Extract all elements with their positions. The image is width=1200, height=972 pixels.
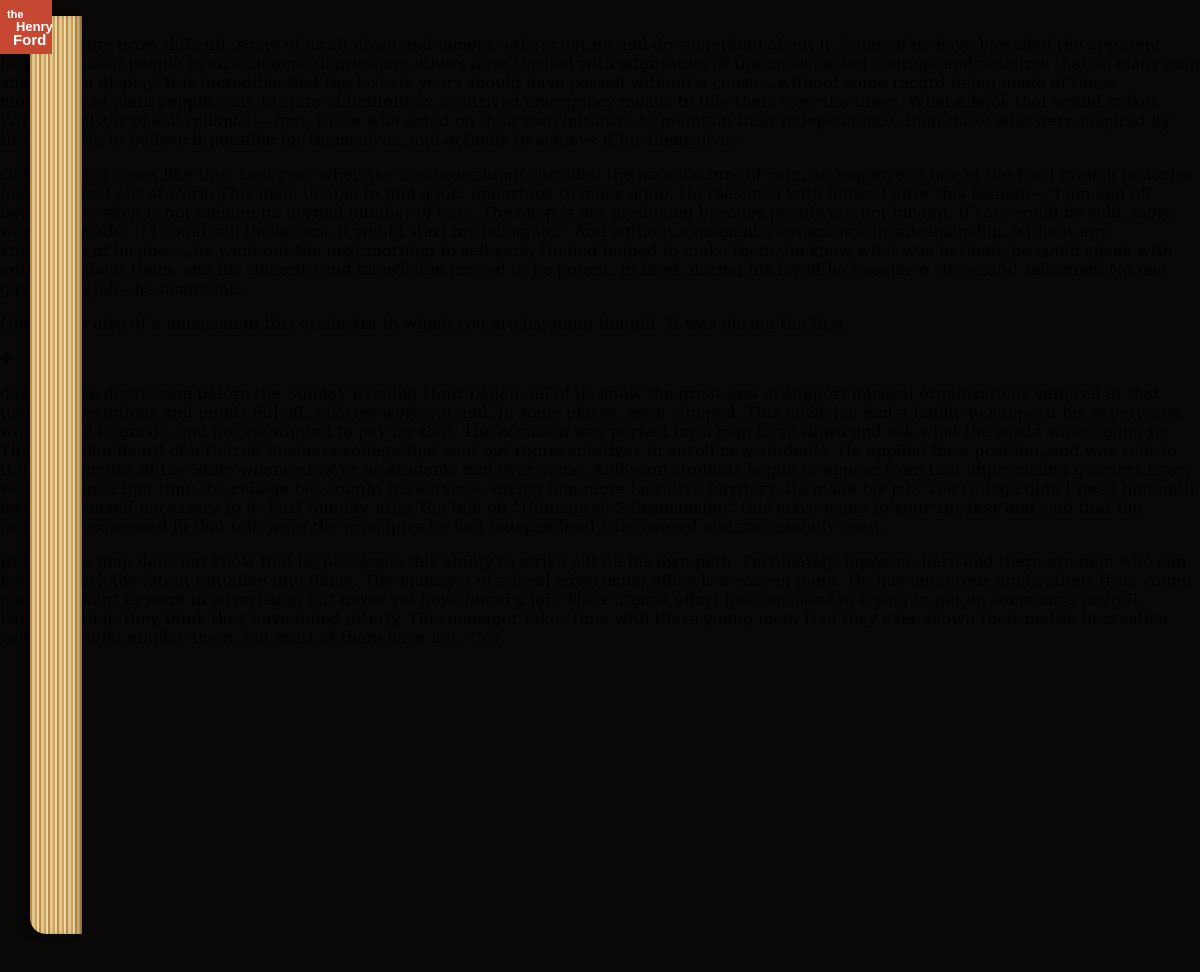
paragraph: But many a man does not know that he pos… (0, 552, 1200, 647)
italic-text: made (159, 279, 203, 298)
page-edges-right (1106, 24, 1158, 932)
paragraph: One thinks of cases like this: Last year… (0, 165, 1200, 298)
fleuron-ornament-icon: ✤ (0, 349, 13, 368)
page-edges-left (30, 16, 82, 934)
paragraph: WHEN affairs grow difficult, some of us … (0, 35, 1200, 149)
header-rule-left: ✤ (0, 0, 1200, 19)
paragraph: One thinks also of a musician in this or… (0, 314, 1200, 333)
paragraph: depth of the depression before the Sunda… (0, 384, 1200, 536)
italic-text: make (580, 184, 624, 203)
henry-ford-logo: the Henry Ford (0, 0, 52, 54)
left-page-text: WHEN affairs grow difficult, some of us … (0, 35, 1200, 333)
right-page: ✤ depth of the depression before the Sun… (0, 349, 1200, 647)
left-page: ✤ WHEN affairs grow difficult, some of u… (0, 0, 1200, 333)
book-photo: the Henry Ford ✤ WHEN affairs grow diffi… (0, 0, 1200, 972)
italic-text: made (813, 479, 857, 498)
right-page-text: depth of the depression before the Sunda… (0, 384, 1200, 647)
header-rule-right: ✤ (0, 349, 1200, 368)
logo-text-ford: Ford (13, 33, 49, 48)
